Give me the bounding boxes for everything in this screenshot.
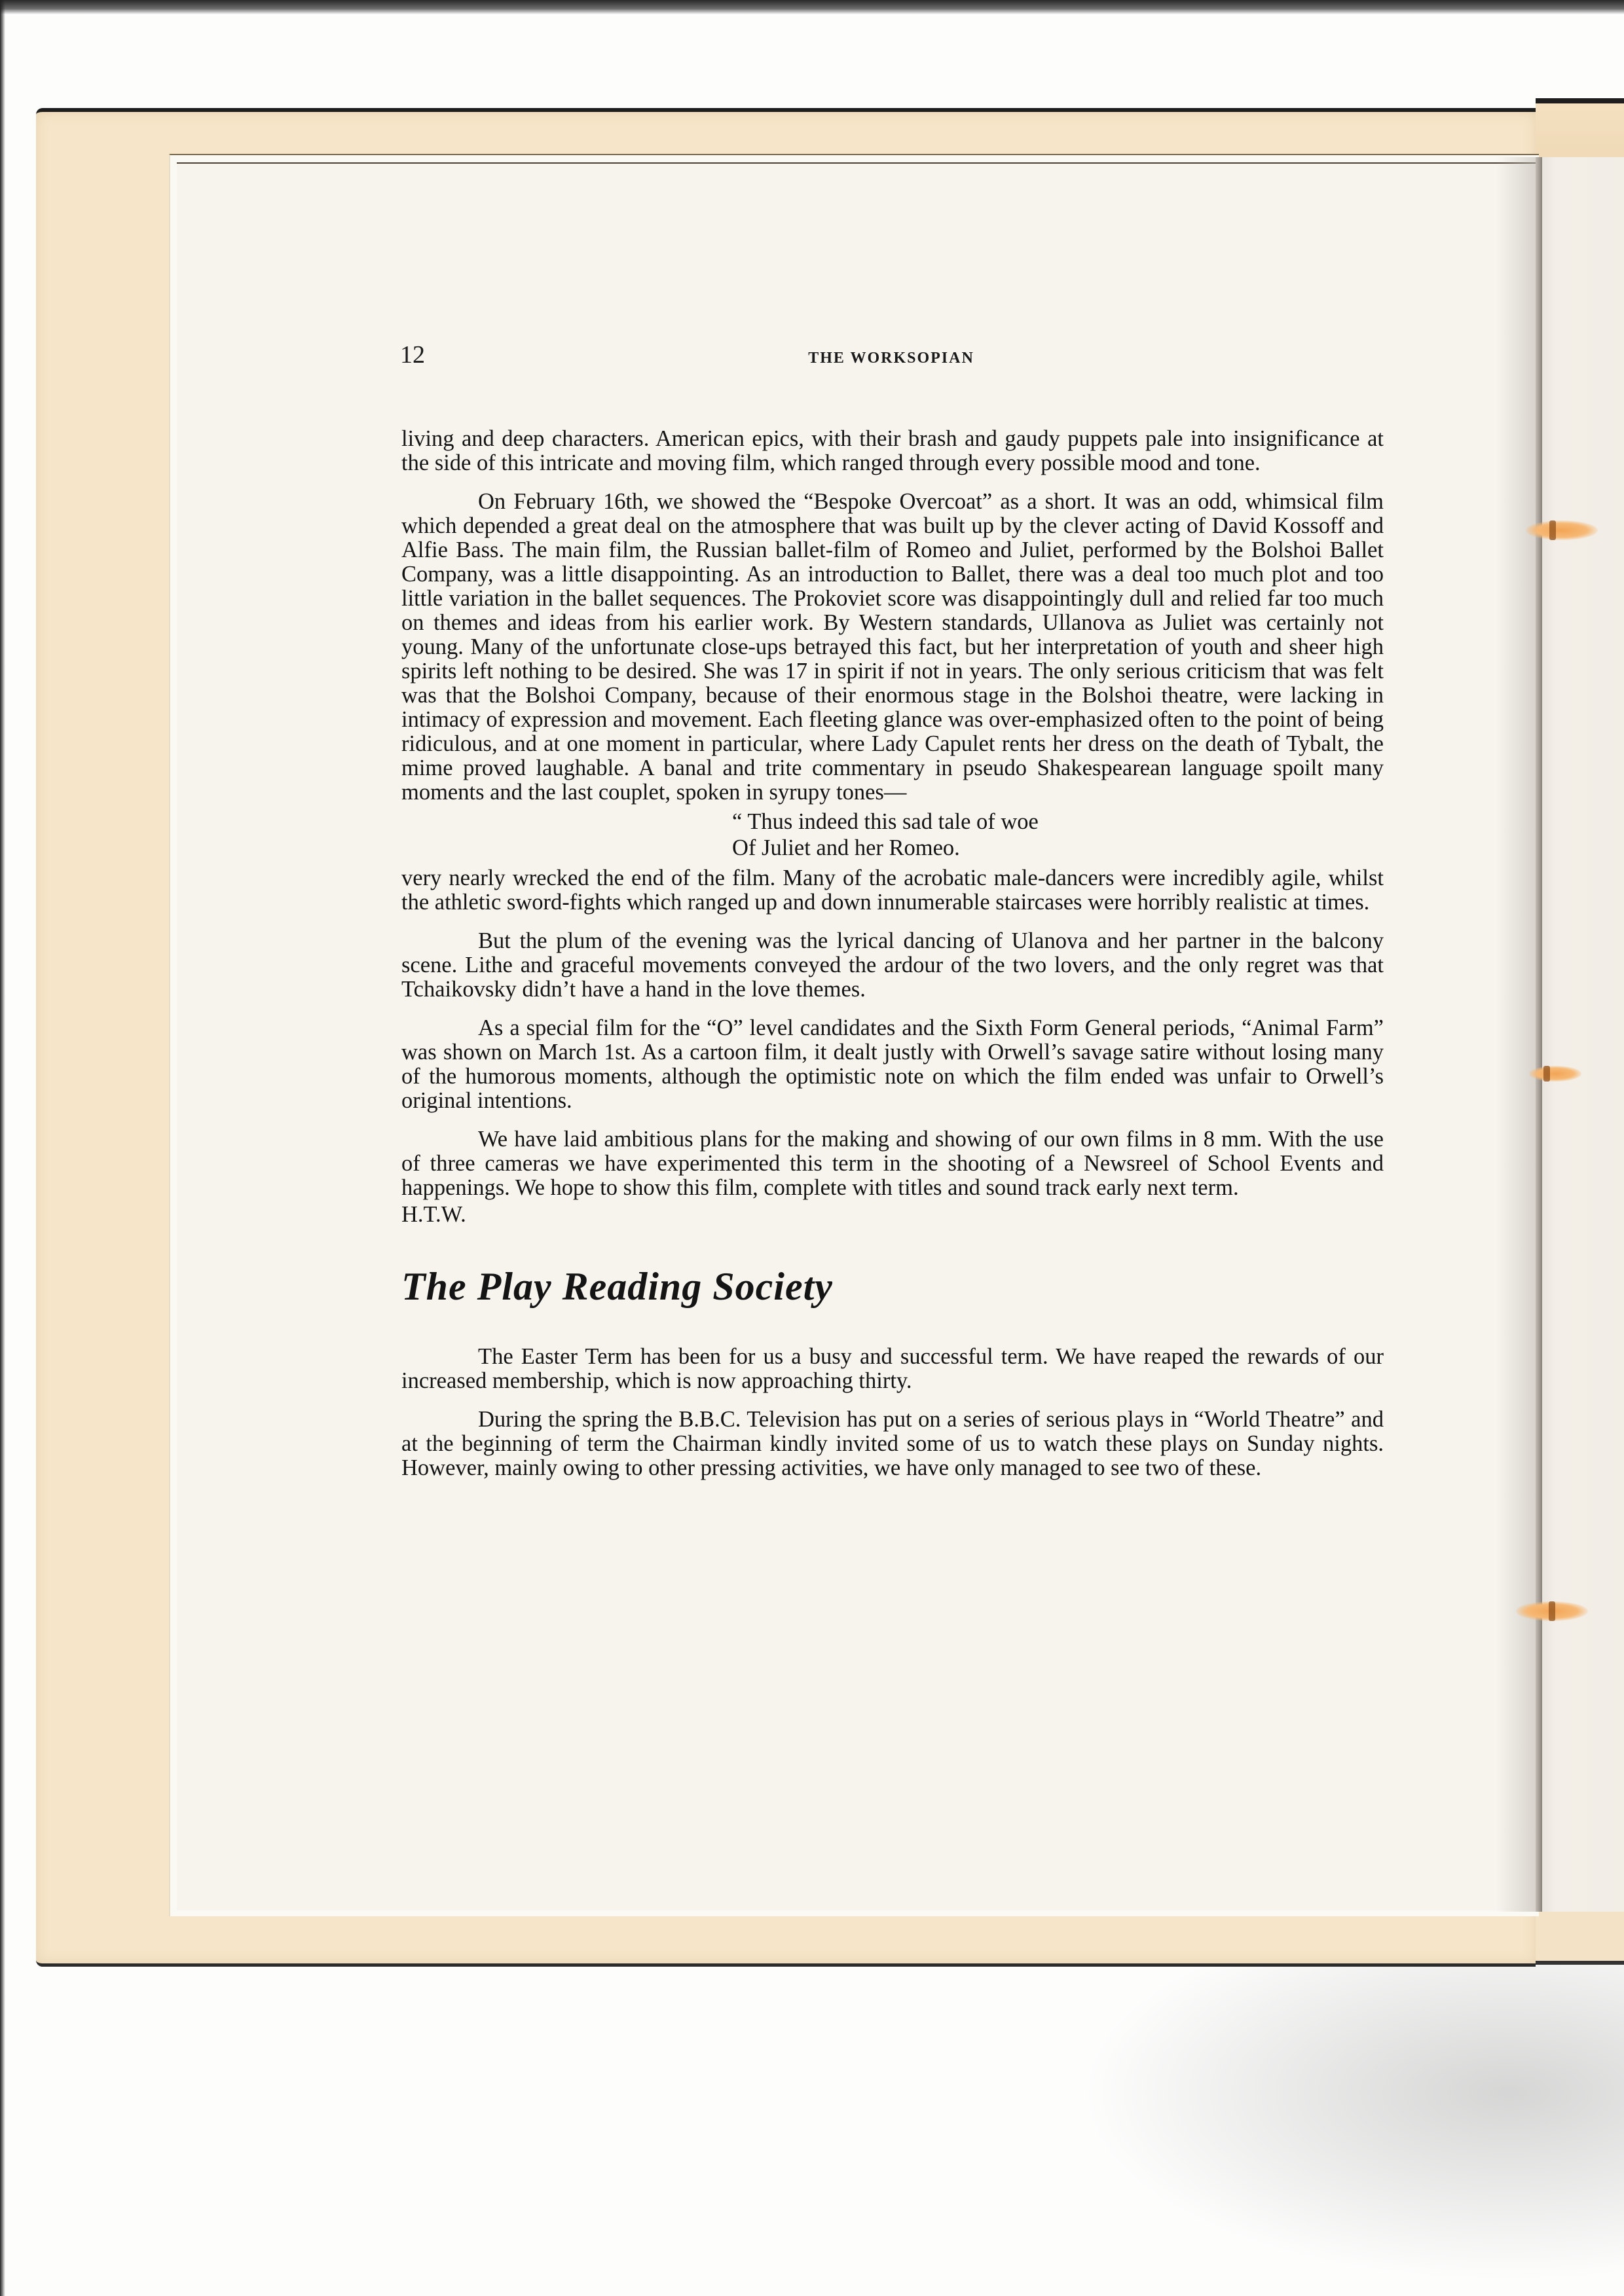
film-society-article: living and deep characters. American epi… <box>401 427 1384 1227</box>
paragraph: living and deep characters. American epi… <box>401 427 1384 475</box>
section-title: The Play Reading Society <box>401 1264 1384 1309</box>
quoted-verse: “ Thus indeed this sad tale of woe Of Ju… <box>401 809 1384 861</box>
facing-page <box>1536 157 1624 1912</box>
journal-title: THE WORKSOPIAN <box>400 350 1382 367</box>
scan-shadow <box>1048 1958 1624 2296</box>
paragraph: As a special film for the “O” level cand… <box>401 1016 1384 1113</box>
orange-binding-tab-icon <box>1516 1601 1588 1621</box>
verse-line: “ Thus indeed this sad tale of woe <box>732 809 1384 835</box>
book-spine-bottom <box>1536 1908 1624 1965</box>
orange-binding-tab-icon <box>1529 1066 1581 1082</box>
author-signature: H.T.W. <box>401 1203 1384 1227</box>
orange-binding-tab-icon <box>1526 520 1598 540</box>
scanner-top-edge <box>0 0 1624 14</box>
paragraph: But the plum of the evening was the lyri… <box>401 929 1384 1002</box>
running-head: 12 THE WORKSOPIAN <box>400 340 1382 380</box>
paragraph: We have laid ambitious plans for the mak… <box>401 1127 1384 1200</box>
verse-line: Of Juliet and her Romeo. <box>732 835 1384 861</box>
scanner-left-edge <box>0 0 5 2296</box>
page-gutter-shadow <box>1496 157 1542 1912</box>
paragraph: During the spring the B.B.C. Television … <box>401 1408 1384 1480</box>
paragraph: On February 16th, we showed the “Bespoke… <box>401 490 1384 805</box>
body-text-column: living and deep characters. American epi… <box>401 427 1384 1495</box>
paragraph: The Easter Term has been for us a busy a… <box>401 1345 1384 1393</box>
paragraph: very nearly wrecked the end of the film.… <box>401 866 1384 915</box>
play-reading-article: The Play Reading Society The Easter Term… <box>401 1264 1384 1480</box>
